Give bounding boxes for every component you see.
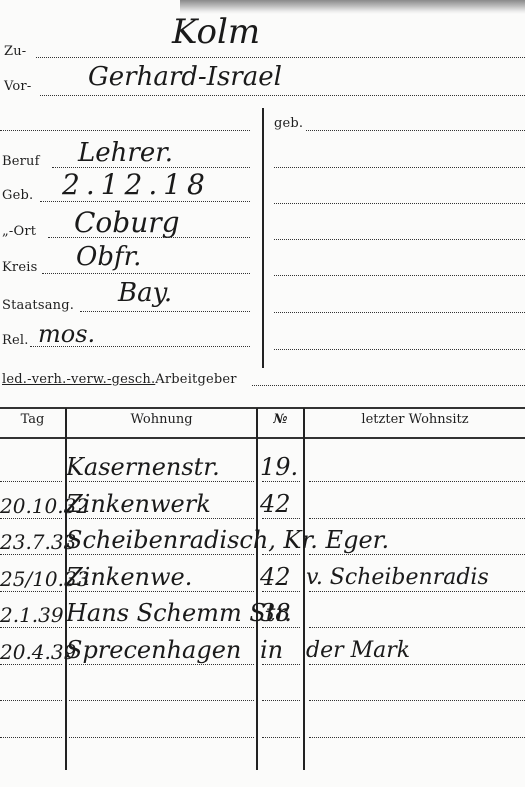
employer-label: Arbeitgeber <box>155 372 236 387</box>
geb-right-label: geb. <box>274 116 303 131</box>
surname-label: Zu- <box>4 44 26 59</box>
cell-wohnung: Sprecenhagen <box>66 636 241 664</box>
cell-nr: 38 <box>260 599 291 627</box>
occupation-value: Lehrer. <box>78 138 173 168</box>
right-line <box>274 349 525 350</box>
cell-nr: 19. <box>260 453 298 481</box>
right-line <box>274 239 525 240</box>
row-line <box>309 554 525 555</box>
header-wohnung: Wohnung <box>67 412 256 427</box>
blank-line <box>0 130 250 131</box>
cell-nr: 42 <box>260 490 291 518</box>
row-line <box>262 481 300 482</box>
row-line <box>309 591 525 592</box>
firstname-label: Vor- <box>4 79 31 94</box>
row-line <box>0 664 62 665</box>
cell-wohnung: Hans Schemm Str. <box>66 599 292 627</box>
row-line <box>309 481 525 482</box>
marital-status: led.-verh.-verw.-gesch. <box>2 372 155 387</box>
right-line <box>274 275 525 276</box>
row-line <box>262 518 300 519</box>
header-nr: № <box>258 412 303 427</box>
cell-wohnung: Scheibenradisch, Kr. Eger. <box>66 526 389 554</box>
row-line <box>69 591 254 592</box>
firstname-line <box>40 95 525 96</box>
header-tag: Tag <box>0 412 65 427</box>
born-line <box>40 201 250 202</box>
place-label: „-Ort <box>2 224 36 239</box>
row-line <box>69 664 254 665</box>
row-line <box>0 591 62 592</box>
row-line <box>0 518 62 519</box>
district-value: Obfr. <box>76 242 141 272</box>
row-line <box>69 700 254 701</box>
row-line <box>69 481 254 482</box>
employer-line <box>252 385 525 386</box>
cell-tag: 23.7.33 <box>0 530 76 554</box>
row-line <box>69 737 254 738</box>
row-line <box>0 627 62 628</box>
row-line <box>262 700 300 701</box>
row-line <box>69 518 254 519</box>
citizenship-label: Staatsang. <box>2 298 74 313</box>
column-divider <box>262 108 264 368</box>
row-line <box>309 664 525 665</box>
cell-letzter: der Mark <box>306 638 410 663</box>
place-value: Coburg <box>74 206 180 239</box>
place-line <box>48 237 250 238</box>
cell-wohnung: Zinkenwe. <box>66 563 192 591</box>
row-line <box>69 627 254 628</box>
row-line <box>309 700 525 701</box>
row-line <box>0 481 62 482</box>
row-line <box>0 700 62 701</box>
row-line <box>262 591 300 592</box>
table-col-divider <box>256 408 258 770</box>
citizenship-value: Bay. <box>118 278 172 308</box>
table-header-rule <box>0 437 525 439</box>
cell-tag: 20.4.39 <box>0 640 76 664</box>
row-line <box>0 737 62 738</box>
row-line <box>262 664 300 665</box>
row-line <box>309 627 525 628</box>
born-label: Geb. <box>2 188 33 203</box>
district-line <box>42 273 250 274</box>
row-line <box>309 737 525 738</box>
right-line <box>274 167 525 168</box>
marital-status-options: led.-verh.-verw.-gesch.Arbeitgeber <box>2 372 237 387</box>
cell-wohnung: Kasernenstr. <box>66 453 220 481</box>
born-value: 2.12.18 <box>62 168 211 201</box>
row-line <box>262 627 300 628</box>
table-col-divider <box>303 408 305 770</box>
religion-value: mos. <box>38 320 95 348</box>
religion-line <box>30 346 250 347</box>
table-top-rule <box>0 407 525 409</box>
row-line <box>0 554 62 555</box>
row-line <box>262 737 300 738</box>
cell-tag: 2.1.39 <box>0 603 64 627</box>
cell-wohnung: Zinkenwerk <box>66 490 211 518</box>
right-line <box>306 130 525 131</box>
district-label: Kreis <box>2 260 37 275</box>
right-line <box>274 203 525 204</box>
religion-label: Rel. <box>2 333 29 348</box>
row-line <box>262 554 300 555</box>
right-line <box>274 312 525 313</box>
surname-value: Kolm <box>172 12 260 52</box>
citizenship-line <box>80 311 250 312</box>
cell-nr: 42 <box>260 563 291 591</box>
firstname-value: Gerhard-Israel <box>88 62 282 92</box>
occupation-label: Beruf <box>2 154 40 169</box>
cell-letzter: v. Scheibenradis <box>306 565 489 590</box>
row-line <box>69 554 254 555</box>
surname-line <box>36 57 525 58</box>
header-letzter-wohnsitz: letzter Wohnsitz <box>305 412 525 427</box>
row-line <box>309 518 525 519</box>
cell-nr: in <box>260 636 283 664</box>
